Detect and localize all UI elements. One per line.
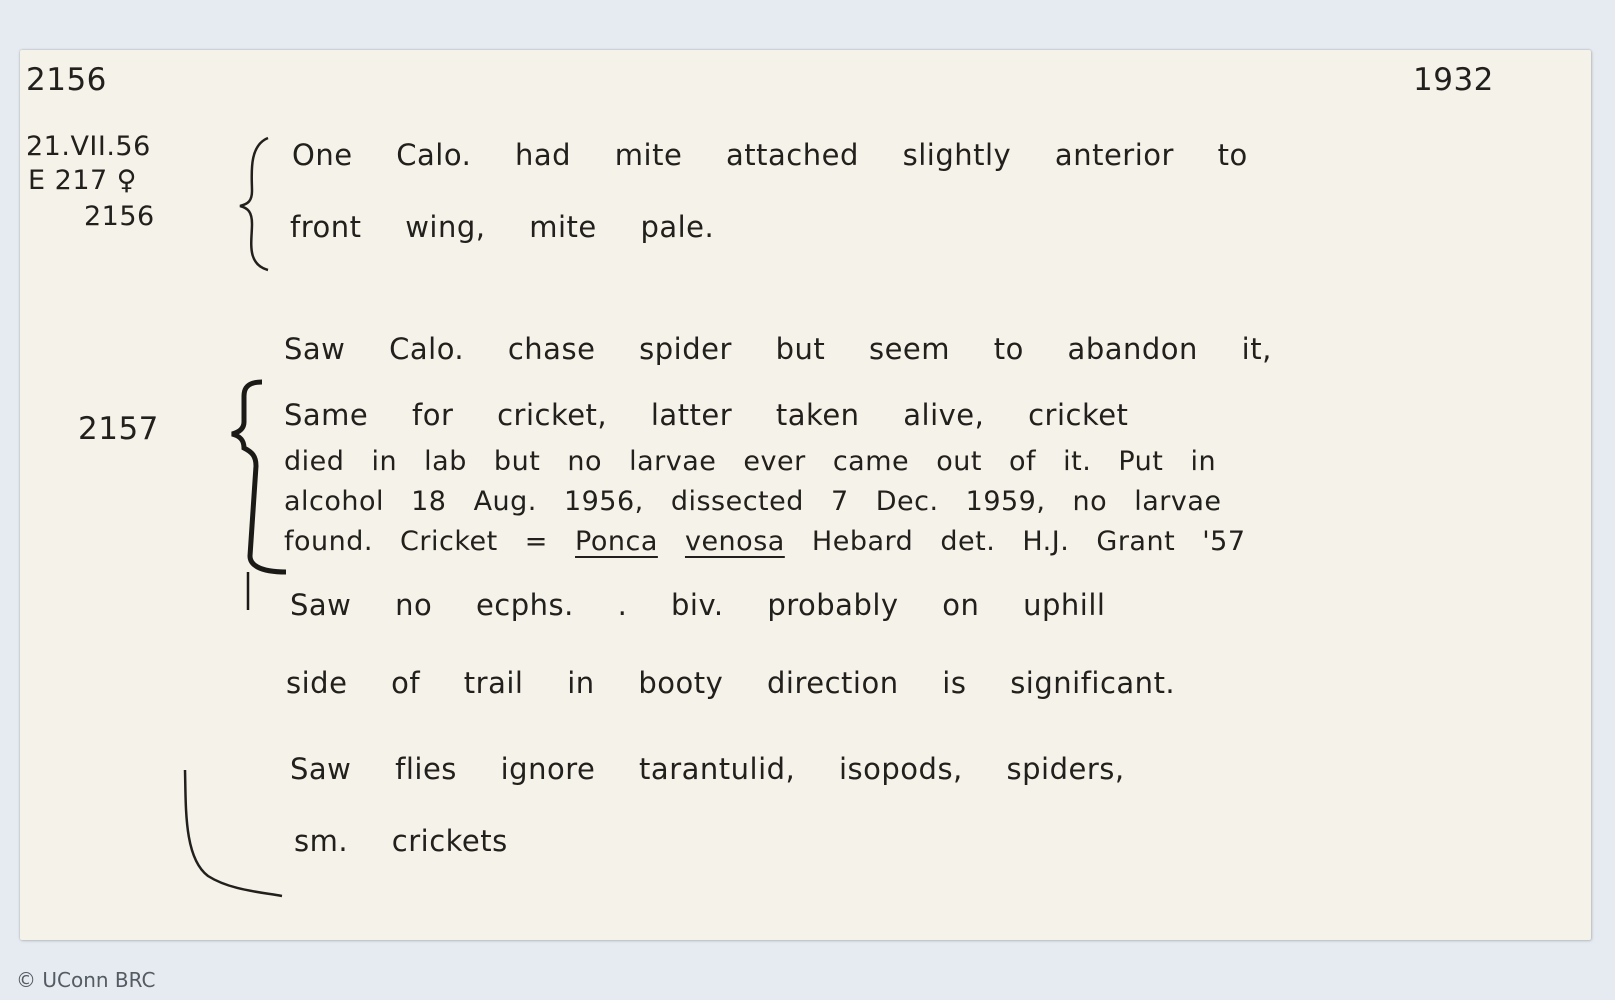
note-2-line-1: Saw Calo. chase spider but seem to aband… bbox=[284, 332, 1272, 366]
note-3-line-2: side of trail in booty direction is sign… bbox=[286, 666, 1175, 700]
note-4-line-2: sm. crickets bbox=[294, 824, 508, 858]
note-2-line-4: alcohol 18 Aug. 1956, dissected 7 Dec. 1… bbox=[284, 486, 1222, 517]
genus-name: Ponca bbox=[575, 526, 658, 557]
note-4-line-1: Saw flies ignore tarantulid, isopods, sp… bbox=[290, 752, 1125, 786]
species-name: venosa bbox=[685, 526, 785, 557]
note-2-line-3: died in lab but no larvae ever came out … bbox=[284, 446, 1216, 477]
card-number-left: 2156 bbox=[26, 62, 107, 98]
note-2-line-2: Same for cricket, latter taken alive, cr… bbox=[284, 398, 1128, 432]
copyright-credit: © UConn BRC bbox=[16, 968, 156, 992]
note-4-prefix: Saw flies ignore bbox=[290, 752, 595, 786]
corner-bracket-icon bbox=[180, 768, 290, 898]
margin-specimen-number-2: 2157 bbox=[78, 412, 159, 446]
determination-prefix: found. Cricket = bbox=[284, 526, 548, 557]
curly-brace-icon bbox=[230, 136, 280, 276]
margin-specimen-number: 2156 bbox=[84, 200, 155, 234]
note-2-line-5: found. Cricket = Ponca venosa Hebard det… bbox=[284, 526, 1246, 557]
taxon-name: tarantulid bbox=[639, 752, 786, 786]
margin-date: 21.VII.56 bbox=[26, 130, 151, 164]
note-3-line-1: Saw no ecphs. . biv. probably on uphill bbox=[290, 588, 1105, 622]
field-note-card: 2156 1932 21.VII.56 E 217 ♀ 2156 One Cal… bbox=[20, 50, 1591, 940]
note-4-suffix: , isopods, spiders, bbox=[786, 752, 1125, 786]
note-1-line-1: One Calo. had mite attached slightly ant… bbox=[292, 138, 1248, 172]
note-1-line-2: front wing, mite pale. bbox=[290, 210, 714, 244]
card-number-right: 1932 bbox=[1413, 62, 1494, 98]
image-viewer: 2156 1932 21.VII.56 E 217 ♀ 2156 One Cal… bbox=[0, 0, 1615, 1000]
margin-locality: E 217 ♀ bbox=[28, 164, 137, 198]
determination-suffix: Hebard det. H.J. Grant '57 bbox=[812, 526, 1246, 557]
